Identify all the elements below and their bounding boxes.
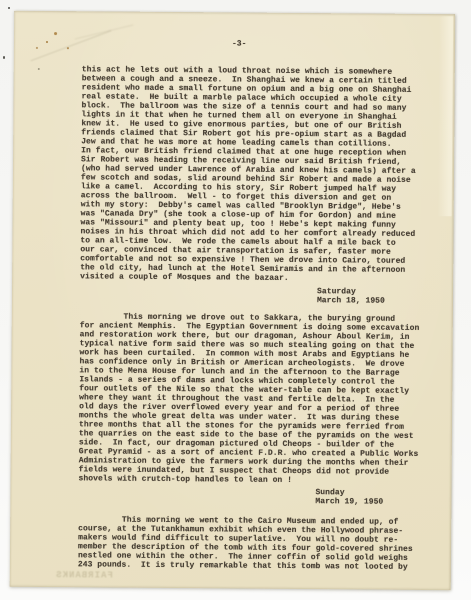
dateline-date: March 18, 1950 — [317, 296, 427, 306]
dateline-date: March 19, 1950 — [315, 497, 425, 507]
paper-crease — [75, 24, 134, 39]
scan-speck — [3, 56, 5, 59]
scan-speck — [38, 68, 40, 70]
scan-speck — [8, 7, 10, 9]
paragraph: This morning we drove out to Sakkara, th… — [79, 312, 427, 486]
scanned-letter-screenshot: { "page": { "number": "-3-", "bleed_stam… — [0, 0, 471, 600]
rust-speck — [46, 41, 48, 43]
rust-speck — [36, 47, 38, 49]
dateline: Saturday March 18, 1950 — [80, 285, 427, 306]
letter-body: this act he lets out with a loud throat … — [78, 65, 429, 572]
rust-speck — [54, 32, 57, 35]
paragraph: this act he lets out with a loud throat … — [80, 65, 429, 284]
dateline: Sunday March 19, 1950 — [78, 486, 425, 507]
page-number: -3- — [232, 39, 246, 48]
paragraph: This morning we went to the Cairo Museum… — [78, 515, 425, 572]
rust-speck — [67, 47, 69, 49]
text-line: 243 pounds. It is truly remarkable that … — [78, 560, 425, 572]
letter-page: -3- this act he lets out with a loud thr… — [10, 11, 456, 590]
paper-crease — [31, 30, 112, 61]
bleed-through-stamp: FAIRBANKS — [18, 570, 113, 584]
